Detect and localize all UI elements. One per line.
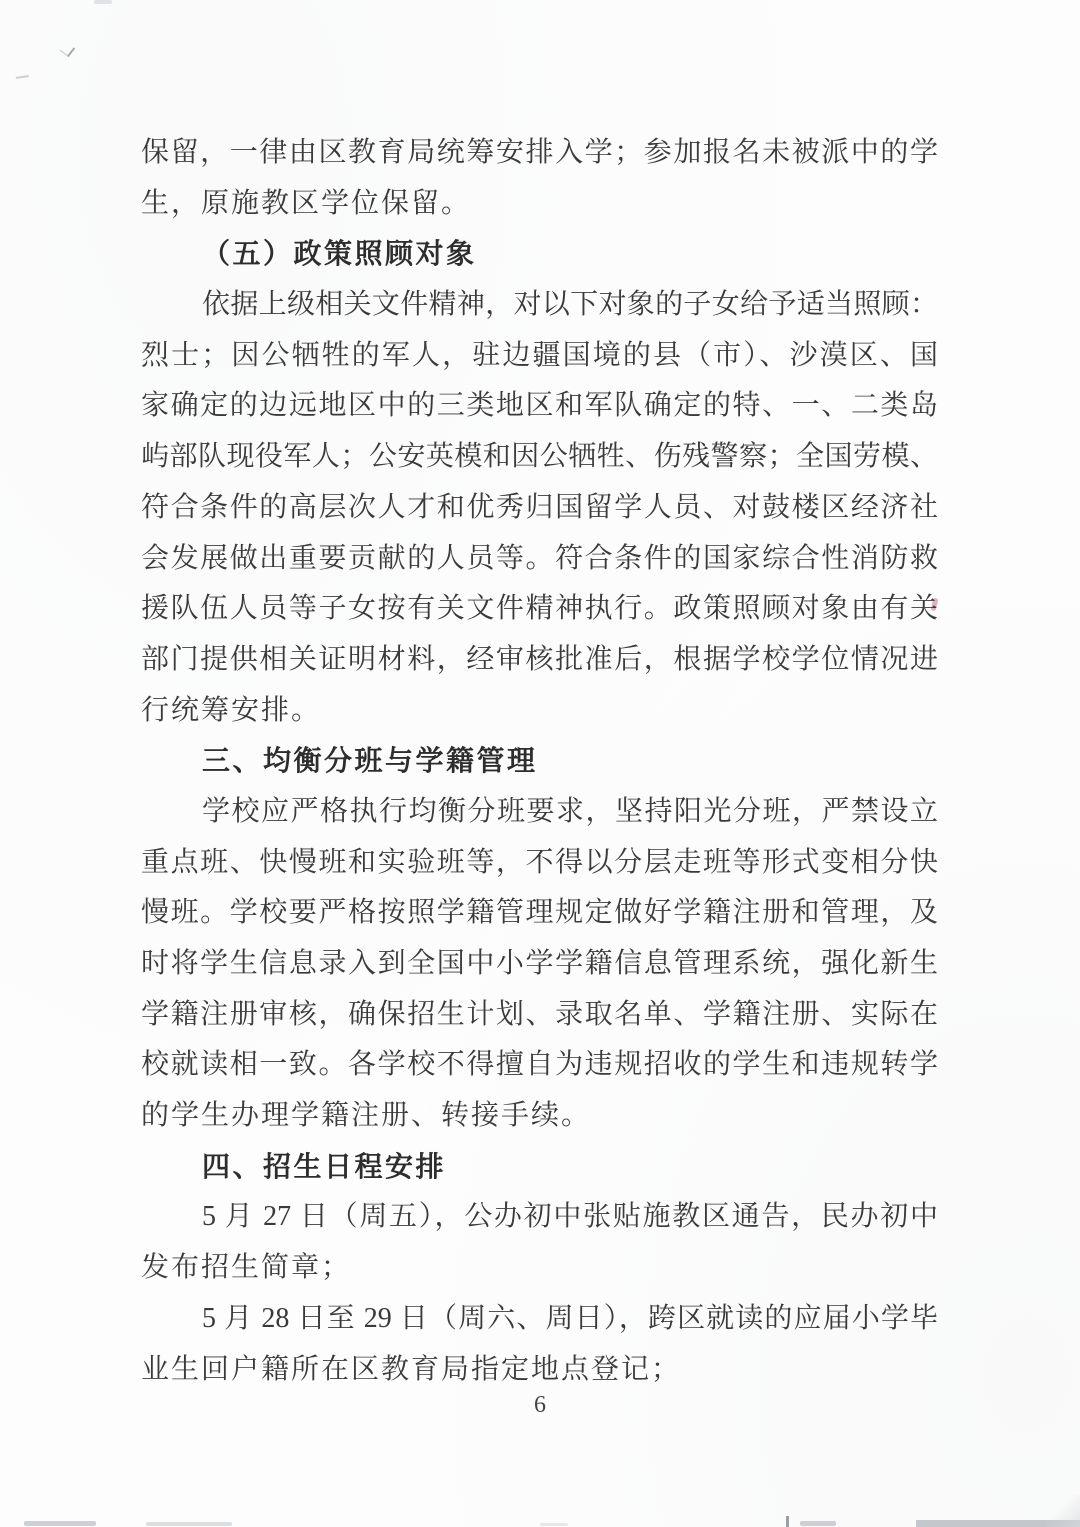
text-line: 部门提供相关证明材料，经审核批准后，根据学校学位情况进 xyxy=(141,635,938,686)
scan-smudge xyxy=(540,1523,568,1526)
text-line: 业生回户籍所在区教育局指定地点登记； xyxy=(141,1345,938,1396)
scan-smudge xyxy=(24,1521,96,1526)
scan-smudge xyxy=(916,1520,1080,1527)
scan-smudge xyxy=(800,1521,836,1526)
text-line: 发布招生简章； xyxy=(141,1243,938,1294)
text-line: 屿部队现役军人；公安英模和因公牺牲、伤残警察；全国劳模、 xyxy=(141,432,938,483)
scan-smudge xyxy=(786,1516,789,1527)
text-line: 校就读相一致。各学校不得擅自为违规招收的学生和违规转学 xyxy=(141,1040,938,1091)
scan-smudge xyxy=(1046,1495,1080,1527)
text-line: 援队伍人员等子女按有关文件精神执行。政策照顾对象由有关 xyxy=(141,584,938,635)
text-line: 学籍注册审核，确保招生计划、录取名单、学籍注册、实际在 xyxy=(141,990,938,1041)
section-heading: 四、招生日程安排 xyxy=(141,1142,938,1193)
section-heading: 三、均衡分班与学籍管理 xyxy=(141,736,938,787)
text-line: 符合条件的高层次人才和优秀归国留学人员、对鼓楼区经济社 xyxy=(141,483,938,534)
text-line: 5 月 28 日至 29 日（周六、周日），跨区就读的应届小学毕 xyxy=(141,1294,938,1345)
text-line: 生，原施教区学位保留。 xyxy=(141,179,938,230)
scan-mark-top-edge xyxy=(94,0,112,4)
text-line: 依据上级相关文件精神，对以下对象的子女给予适当照顾： xyxy=(141,280,938,331)
text-line: 家确定的边远地区中的三类地区和军队确定的特、一、二类岛 xyxy=(141,381,938,432)
text-line: 学校应严格执行均衡分班要求，坚持阳光分班，严禁设立 xyxy=(141,787,938,838)
document-body: 保留，一律由区教育局统筹安排入学；参加报名未被派中的学 生，原施教区学位保留。 … xyxy=(141,128,938,1395)
section-heading: （五）政策照顾对象 xyxy=(141,229,938,280)
text-line: 时将学生信息录入到全国中小学学籍信息管理系统，强化新生 xyxy=(141,939,938,990)
text-line: 的学生办理学籍注册、转接手续。 xyxy=(141,1091,938,1142)
scan-mark-dash xyxy=(16,75,30,82)
text-line: 烈士；因公牺牲的军人，驻边疆国境的县（市）、沙漠区、国 xyxy=(141,331,938,382)
text-line: 会发展做出重要贡献的人员等。符合条件的国家综合性消防救 xyxy=(141,534,938,585)
text-line: 重点班、快慢班和实验班等，不得以分层走班等形式变相分快 xyxy=(141,838,938,889)
text-line: 慢班。学校要严格按照学籍管理规定做好学籍注册和管理，及 xyxy=(141,888,938,939)
scan-mark-tick xyxy=(60,42,75,57)
text-line: 5 月 27 日（周五），公办初中张贴施教区通告，民办初中 xyxy=(141,1192,938,1243)
scan-smudge xyxy=(146,1522,232,1526)
page-number: 6 xyxy=(0,1390,1080,1420)
text-line: 保留，一律由区教育局统筹安排入学；参加报名未被派中的学 xyxy=(141,128,938,179)
text-line: 行统筹安排。 xyxy=(141,686,938,737)
